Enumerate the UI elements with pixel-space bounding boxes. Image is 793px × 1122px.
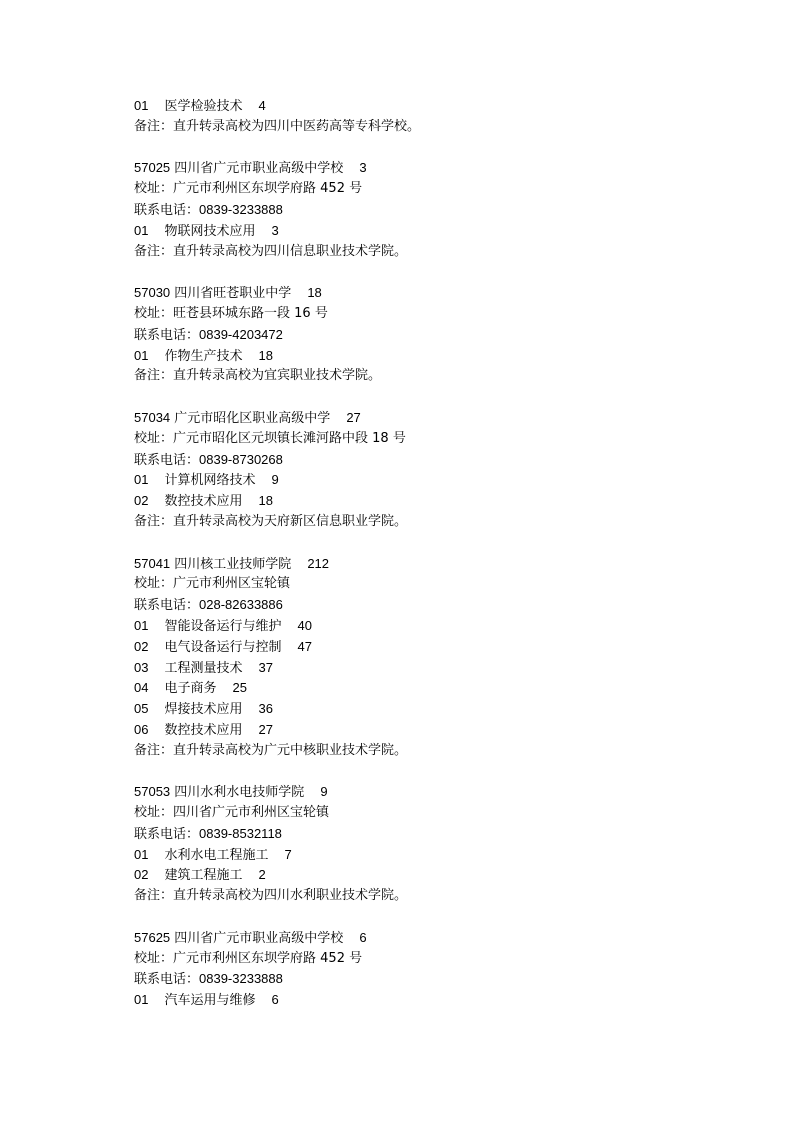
address-label: 校址：	[134, 576, 173, 591]
major-code: 05	[134, 701, 148, 716]
note-line: 备注：直升转录高校为四川水利职业技术学院。	[134, 886, 694, 907]
phone-number: 0839-3233888	[199, 971, 283, 986]
major-name: 电气设备运行与控制	[164, 640, 281, 655]
note-text: 直升转录高校为四川水利职业技术学院。	[173, 888, 407, 903]
spacer	[134, 533, 694, 554]
school-name: 四川省广元市职业高级中学校	[174, 931, 343, 946]
address-text: 广元市利州区宝轮镇	[173, 576, 290, 591]
major-line: 03工程测量技术37	[134, 658, 694, 679]
school-code: 57025	[134, 160, 170, 175]
major-code: 06	[134, 722, 148, 737]
school-header: 57053 四川水利水电技师学院9	[134, 782, 694, 803]
phone-label: 联系电话：	[134, 203, 199, 218]
major-code: 02	[134, 867, 148, 882]
major-code: 01	[134, 992, 148, 1007]
spacer	[134, 387, 694, 408]
major-name: 汽车运用与维修	[164, 993, 255, 1008]
major-name: 工程测量技术	[164, 661, 242, 676]
major-count: 37	[258, 660, 272, 675]
major-code: 01	[134, 618, 148, 633]
major-code: 01	[134, 223, 148, 238]
address-text: 旺苍县环城东路一段 16 号	[173, 306, 328, 321]
school-header: 57041 四川核工业技师学院212	[134, 554, 694, 575]
major-count: 18	[258, 493, 272, 508]
address-line: 校址：旺苍县环城东路一段 16 号	[134, 304, 694, 325]
major-name: 焊接技术应用	[164, 702, 242, 717]
spacer	[134, 262, 694, 283]
major-count: 40	[297, 618, 311, 633]
note-text: 直升转录高校为广元中核职业技术学院。	[173, 743, 407, 758]
school-total: 3	[359, 160, 366, 175]
major-name: 数控技术应用	[164, 494, 242, 509]
major-count: 36	[258, 701, 272, 716]
note-label: 备注：	[134, 368, 173, 383]
major-count: 27	[258, 722, 272, 737]
note-line: 备注：直升转录高校为四川信息职业技术学院。	[134, 242, 694, 263]
major-count: 3	[271, 223, 278, 238]
school-name: 四川省广元市职业高级中学校	[174, 161, 343, 176]
note-text: 直升转录高校为天府新区信息职业学院。	[173, 514, 407, 529]
phone-number: 0839-3233888	[199, 202, 283, 217]
major-code: 01	[134, 472, 148, 487]
major-code: 02	[134, 639, 148, 654]
major-count: 6	[271, 992, 278, 1007]
major-line: 06数控技术应用27	[134, 720, 694, 741]
note-text: 直升转录高校为四川中医药高等专科学校。	[173, 119, 420, 134]
phone-label: 联系电话：	[134, 328, 199, 343]
phone-line: 联系电话：0839-8730268	[134, 450, 694, 471]
address-text: 广元市昭化区元坝镇长滩河路中段 18 号	[173, 431, 406, 446]
address-label: 校址：	[134, 805, 173, 820]
address-line: 校址：广元市利州区宝轮镇	[134, 574, 694, 595]
spacer	[134, 762, 694, 783]
major-code: 03	[134, 660, 148, 675]
school-name: 四川省旺苍职业中学	[174, 286, 291, 301]
phone-label: 联系电话：	[134, 598, 199, 613]
note-text: 直升转录高校为宜宾职业技术学院。	[173, 368, 381, 383]
major-count: 9	[271, 472, 278, 487]
spacer	[134, 907, 694, 928]
school-total: 9	[320, 784, 327, 799]
school-code: 57041	[134, 556, 170, 571]
phone-number: 0839-8532118	[199, 826, 282, 841]
phone-line: 联系电话：0839-4203472	[134, 325, 694, 346]
note-label: 备注：	[134, 244, 173, 259]
major-name: 水利水电工程施工	[164, 848, 268, 863]
major-name: 计算机网络技术	[164, 473, 255, 488]
address-label: 校址：	[134, 951, 173, 966]
major-code: 02	[134, 493, 148, 508]
major-line: 01汽车运用与维修6	[134, 990, 694, 1011]
major-code: 01	[134, 348, 148, 363]
school-total: 27	[346, 410, 360, 425]
phone-label: 联系电话：	[134, 972, 199, 987]
school-header: 57034 广元市昭化区职业高级中学27	[134, 408, 694, 429]
major-count: 25	[232, 680, 246, 695]
phone-label: 联系电话：	[134, 453, 199, 468]
school-code: 57053	[134, 784, 170, 799]
note-label: 备注：	[134, 743, 173, 758]
school-header: 57625 四川省广元市职业高级中学校6	[134, 928, 694, 949]
major-count: 2	[258, 867, 265, 882]
school-name: 广元市昭化区职业高级中学	[174, 411, 330, 426]
school-header: 57025 四川省广元市职业高级中学校3	[134, 158, 694, 179]
major-line: 02建筑工程施工2	[134, 865, 694, 886]
major-code: 01	[134, 98, 148, 113]
address-label: 校址：	[134, 181, 173, 196]
major-line: 05焊接技术应用36	[134, 699, 694, 720]
note-line: 备注：直升转录高校为天府新区信息职业学院。	[134, 512, 694, 533]
major-name: 物联网技术应用	[164, 224, 255, 239]
major-line: 01物联网技术应用3	[134, 221, 694, 242]
phone-line: 联系电话：028-82633886	[134, 595, 694, 616]
major-line: 04电子商务25	[134, 678, 694, 699]
address-text: 广元市利州区东坝学府路 452 号	[173, 181, 362, 196]
note-label: 备注：	[134, 514, 173, 529]
major-name: 智能设备运行与维护	[164, 619, 281, 634]
document-page: 01医学检验技术4 备注：直升转录高校为四川中医药高等专科学校。 57025 四…	[134, 96, 694, 1011]
major-code: 04	[134, 680, 148, 695]
major-count: 47	[297, 639, 311, 654]
major-line: 02数控技术应用18	[134, 491, 694, 512]
note-line: 备注：直升转录高校为宜宾职业技术学院。	[134, 366, 694, 387]
major-count: 18	[258, 348, 272, 363]
note-line: 备注：直升转录高校为四川中医药高等专科学校。	[134, 117, 694, 138]
address-label: 校址：	[134, 431, 173, 446]
spacer	[134, 138, 694, 159]
address-line: 校址：广元市利州区东坝学府路 452 号	[134, 949, 694, 970]
address-text: 广元市利州区东坝学府路 452 号	[173, 951, 362, 966]
major-line: 02电气设备运行与控制47	[134, 637, 694, 658]
school-name: 四川核工业技师学院	[174, 557, 291, 572]
phone-label: 联系电话：	[134, 827, 199, 842]
note-line: 备注：直升转录高校为广元中核职业技术学院。	[134, 741, 694, 762]
major-line: 01计算机网络技术9	[134, 470, 694, 491]
note-label: 备注：	[134, 119, 173, 134]
school-header: 57030 四川省旺苍职业中学18	[134, 283, 694, 304]
phone-line: 联系电话：0839-3233888	[134, 200, 694, 221]
school-total: 6	[359, 930, 366, 945]
major-name: 作物生产技术	[164, 349, 242, 364]
phone-line: 联系电话：0839-3233888	[134, 969, 694, 990]
major-name: 电子商务	[164, 681, 216, 696]
note-label: 备注：	[134, 888, 173, 903]
major-name: 数控技术应用	[164, 723, 242, 738]
major-name: 医学检验技术	[164, 99, 242, 114]
major-code: 01	[134, 847, 148, 862]
address-line: 校址：广元市利州区东坝学府路 452 号	[134, 179, 694, 200]
school-code: 57034	[134, 410, 170, 425]
address-text: 四川省广元市利州区宝轮镇	[173, 805, 329, 820]
school-code: 57625	[134, 930, 170, 945]
phone-number: 0839-8730268	[199, 452, 283, 467]
major-line: 01智能设备运行与维护40	[134, 616, 694, 637]
major-line: 01医学检验技术4	[134, 96, 694, 117]
note-text: 直升转录高校为四川信息职业技术学院。	[173, 244, 407, 259]
school-total: 18	[307, 285, 321, 300]
major-line: 01作物生产技术18	[134, 346, 694, 367]
major-count: 7	[284, 847, 291, 862]
phone-number: 0839-4203472	[199, 327, 283, 342]
school-code: 57030	[134, 285, 170, 300]
phone-number: 028-82633886	[199, 597, 283, 612]
major-count: 4	[258, 98, 265, 113]
phone-line: 联系电话：0839-8532118	[134, 824, 694, 845]
school-name: 四川水利水电技师学院	[174, 785, 304, 800]
address-line: 校址：广元市昭化区元坝镇长滩河路中段 18 号	[134, 429, 694, 450]
major-line: 01水利水电工程施工7	[134, 845, 694, 866]
address-line: 校址：四川省广元市利州区宝轮镇	[134, 803, 694, 824]
major-name: 建筑工程施工	[164, 868, 242, 883]
school-total: 212	[307, 556, 329, 571]
address-label: 校址：	[134, 306, 173, 321]
